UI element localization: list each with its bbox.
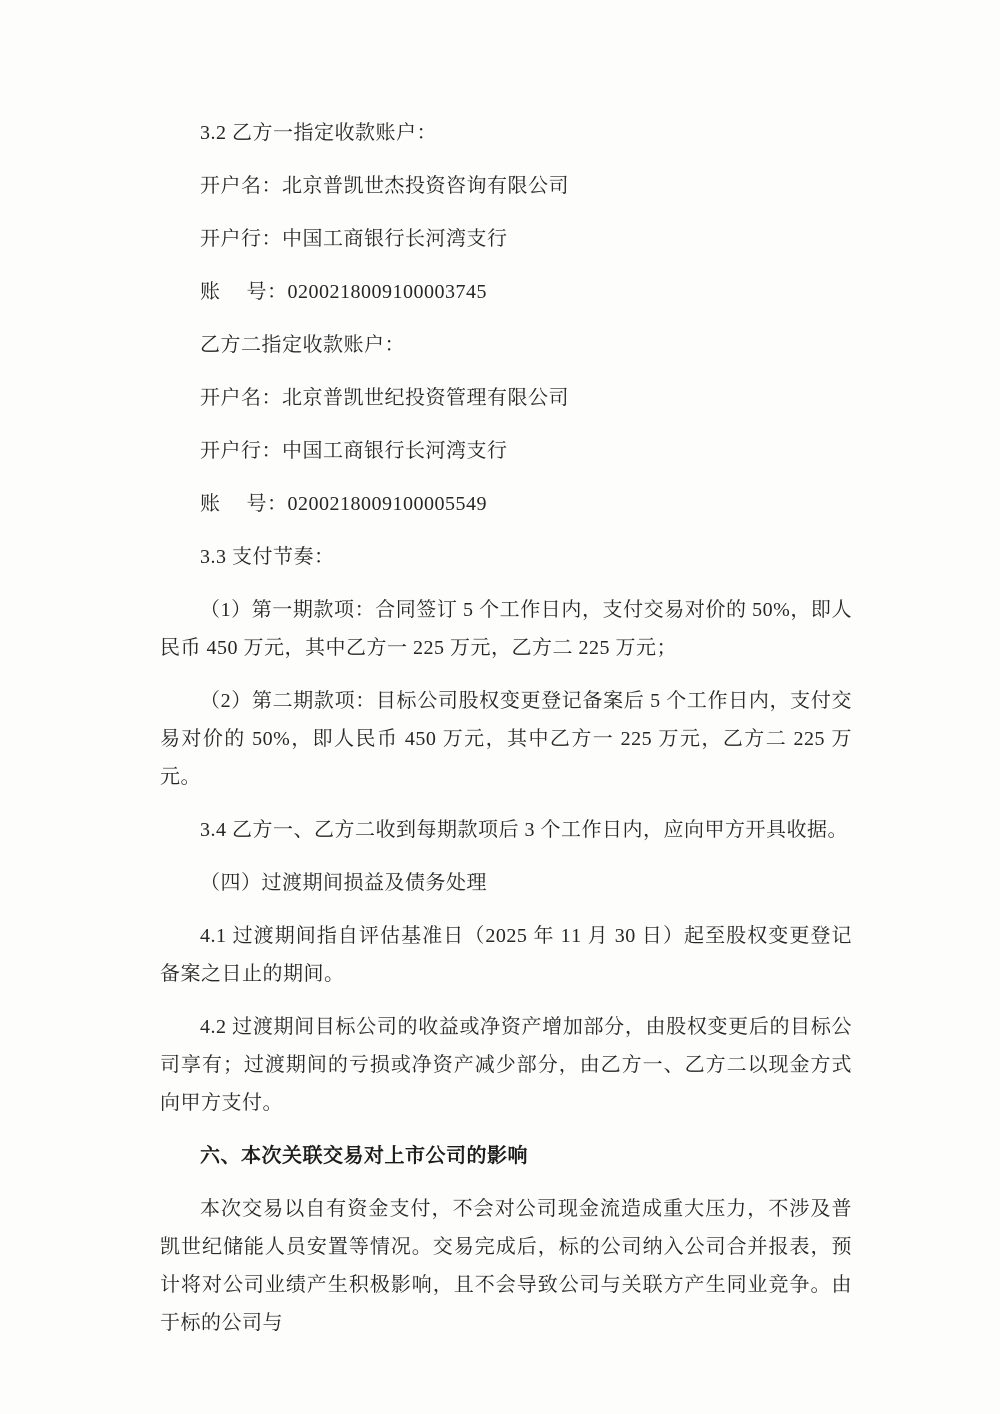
- paragraph: 3.3 支付节奏：: [160, 538, 852, 576]
- paragraph: （2）第二期款项：目标公司股权变更登记备案后 5 个工作日内，支付交易对价的 5…: [160, 682, 852, 796]
- paragraph: 4.2 过渡期间目标公司的收益或净资产增加部分，由股权变更后的目标公司享有；过渡…: [160, 1008, 852, 1122]
- paragraph: 账 号：0200218009100003745: [160, 273, 852, 311]
- paragraph: （四）过渡期间损益及债务处理: [160, 864, 852, 902]
- paragraph: 3.2 乙方一指定收款账户：: [160, 114, 852, 152]
- paragraph: 开户名：北京普凯世纪投资管理有限公司: [160, 379, 852, 417]
- paragraph: 本次交易以自有资金支付，不会对公司现金流造成重大压力，不涉及普凯世纪储能人员安置…: [160, 1190, 852, 1342]
- paragraph: 开户行：中国工商银行长河湾支行: [160, 220, 852, 258]
- paragraph: 账 号：0200218009100005549: [160, 485, 852, 523]
- section-heading: 六、本次关联交易对上市公司的影响: [160, 1137, 852, 1175]
- paragraph: 开户名：北京普凯世杰投资咨询有限公司: [160, 167, 852, 205]
- document-content: 3.2 乙方一指定收款账户：开户名：北京普凯世杰投资咨询有限公司开户行：中国工商…: [160, 114, 852, 1357]
- paragraph: （1）第一期款项：合同签订 5 个工作日内，支付交易对价的 50%，即人民币 4…: [160, 591, 852, 667]
- paragraph: 开户行：中国工商银行长河湾支行: [160, 432, 852, 470]
- paragraph: 3.4 乙方一、乙方二收到每期款项后 3 个工作日内，应向甲方开具收据。: [160, 811, 852, 849]
- paragraph: 4.1 过渡期间指自评估基准日（2025 年 11 月 30 日）起至股权变更登…: [160, 917, 852, 993]
- paragraph: 乙方二指定收款账户：: [160, 326, 852, 364]
- document-page: 3.2 乙方一指定收款账户：开户名：北京普凯世杰投资咨询有限公司开户行：中国工商…: [0, 0, 1000, 1414]
